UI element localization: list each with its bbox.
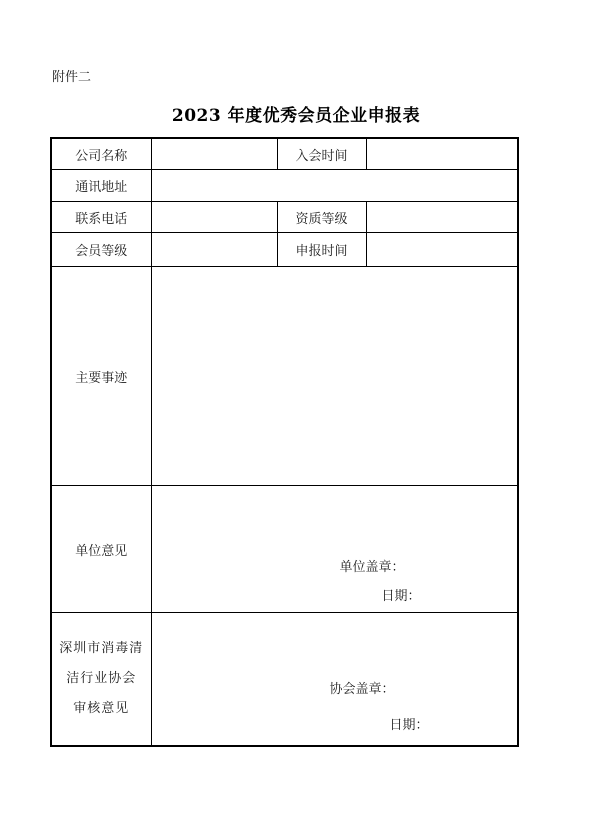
unit-seal-label: 单位盖章：	[340, 556, 405, 575]
qualification-level-field[interactable]	[366, 202, 518, 233]
association-review-label-line2: 洁行业协会	[52, 664, 151, 694]
join-time-label: 入会时间	[277, 138, 366, 170]
phone-label: 联系电话	[51, 202, 151, 233]
association-review-label: 深圳市消毒清 洁行业协会 审核意见	[51, 613, 151, 747]
address-field[interactable]	[151, 170, 518, 202]
association-review-field[interactable]: 协会盖章： 日期：	[151, 613, 518, 747]
form-title: 2023 年度优秀会员企业申报表	[0, 104, 592, 128]
main-achievements-label: 主要事迹	[51, 267, 151, 486]
unit-opinion-label: 单位意见	[51, 486, 151, 613]
association-review-label-line3: 审核意见	[52, 694, 151, 724]
member-level-label: 会员等级	[51, 233, 151, 267]
row-association-review: 深圳市消毒清 洁行业协会 审核意见 协会盖章： 日期：	[51, 613, 518, 747]
row-phone-qualification: 联系电话 资质等级	[51, 202, 518, 233]
main-achievements-field[interactable]	[151, 267, 518, 486]
association-review-label-line1: 深圳市消毒清	[52, 634, 151, 664]
association-seal-label: 协会盖章：	[330, 678, 395, 697]
application-time-field[interactable]	[366, 233, 518, 267]
application-form-table: 公司名称 入会时间 通讯地址 联系电话 资质等级 会员等级 申报时间 主要事迹 …	[50, 137, 519, 747]
unit-opinion-field[interactable]: 单位盖章： 日期：	[151, 486, 518, 613]
attachment-label: 附件二	[52, 70, 91, 86]
row-member-application: 会员等级 申报时间	[51, 233, 518, 267]
row-main-achievements: 主要事迹	[51, 267, 518, 486]
join-time-field[interactable]	[366, 138, 518, 170]
row-unit-opinion: 单位意见 单位盖章： 日期：	[51, 486, 518, 613]
company-name-label: 公司名称	[51, 138, 151, 170]
company-name-field[interactable]	[151, 138, 277, 170]
row-company-join: 公司名称 入会时间	[51, 138, 518, 170]
association-date-label: 日期：	[390, 714, 429, 733]
phone-field[interactable]	[151, 202, 277, 233]
address-label: 通讯地址	[51, 170, 151, 202]
application-time-label: 申报时间	[277, 233, 366, 267]
unit-date-label: 日期：	[382, 585, 421, 604]
member-level-field[interactable]	[151, 233, 277, 267]
row-address: 通讯地址	[51, 170, 518, 202]
qualification-level-label: 资质等级	[277, 202, 366, 233]
